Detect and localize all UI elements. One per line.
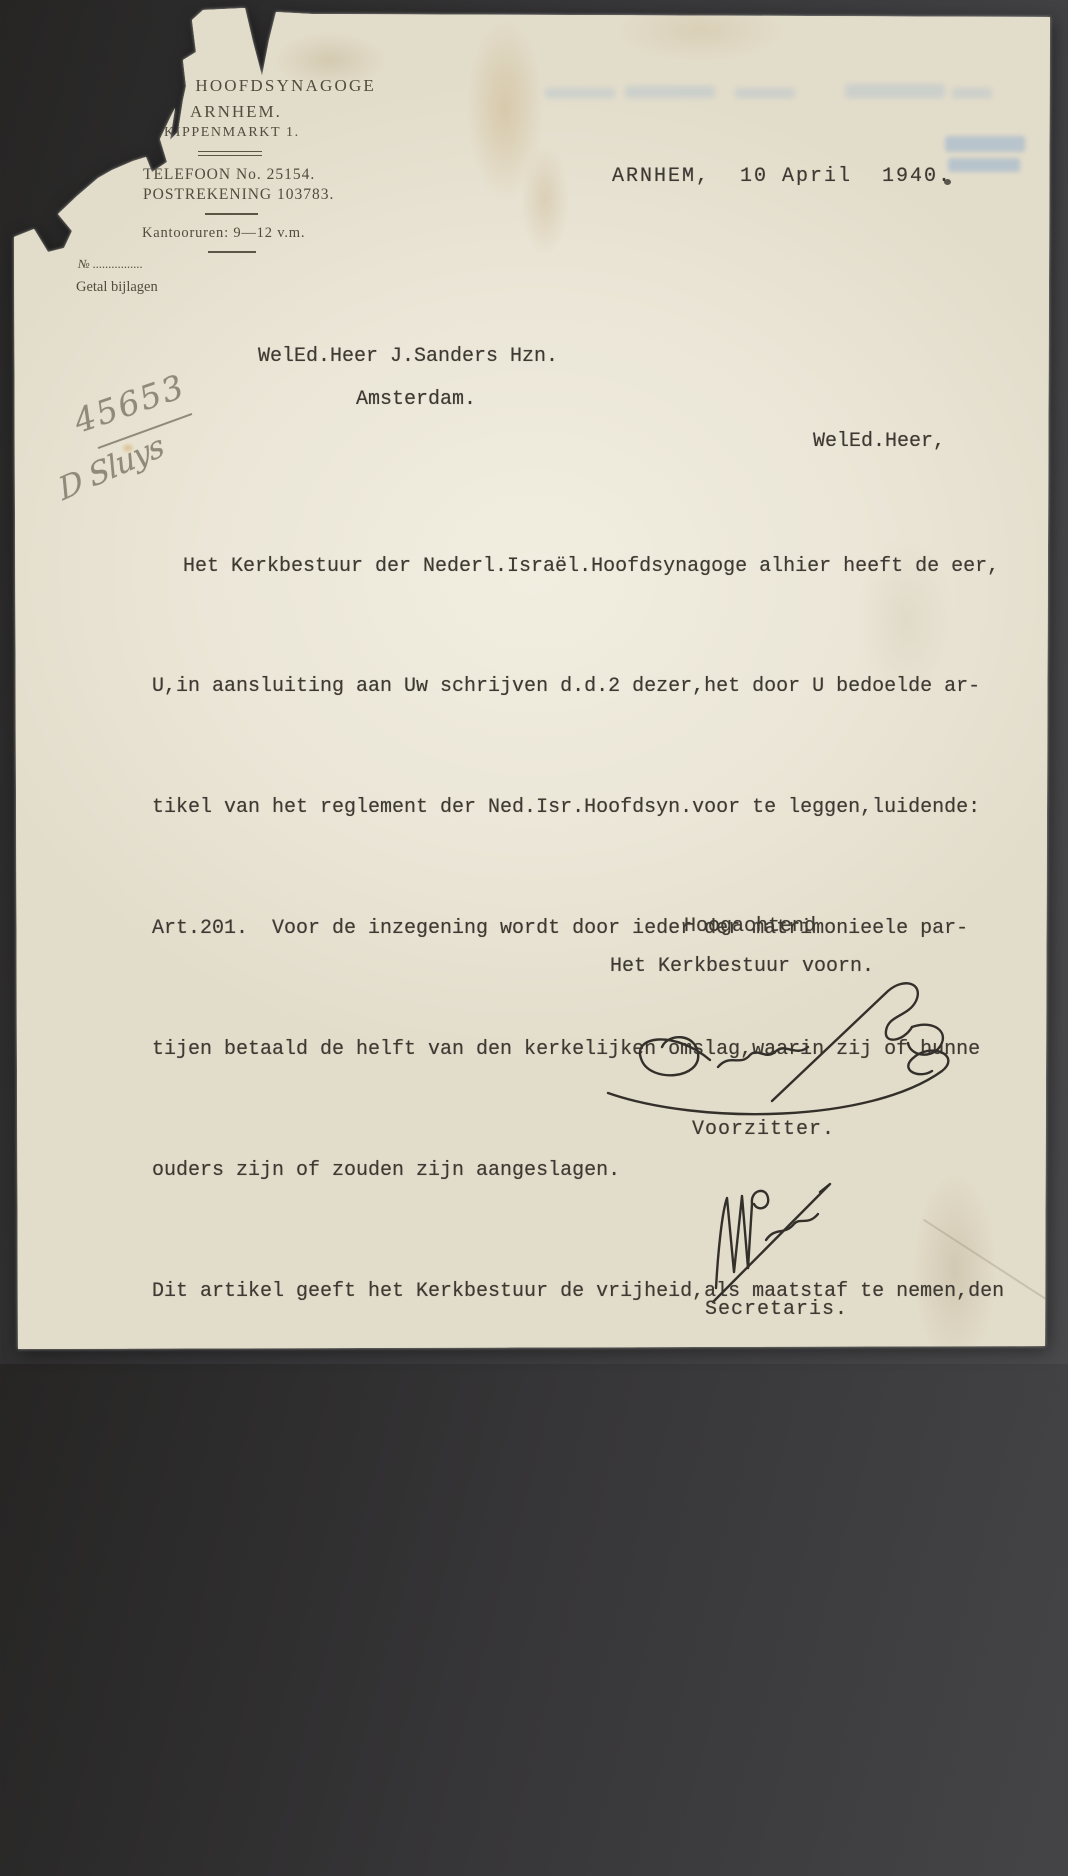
secretary-signature: [690, 1172, 850, 1312]
letterhead-divider-double: [198, 151, 262, 156]
letterhead-office-hours: Kantooruren: 9—12 v.m.: [142, 225, 305, 242]
chairman-signature: [590, 975, 960, 1110]
letter-body: Het Kerkbestuur der Nederl.Israël.Hoofds…: [152, 466, 1032, 1364]
body-line: Art.201. Voor de inzegening wordt door i…: [152, 909, 1032, 949]
recipient-city: Amsterdam.: [356, 388, 476, 411]
letterhead-city: ARNHEM.: [190, 102, 282, 122]
body-line: ouders zijn of zouden zijn aangeslagen.: [152, 1151, 1032, 1191]
body-line: Dit artikel geeft het Kerkbestuur de vri…: [152, 1272, 1032, 1312]
reference-number-line: № ................: [78, 257, 143, 272]
dateline-year: 1940.: [882, 165, 952, 188]
ink-bleed: [735, 88, 795, 98]
ink-bleed: [625, 86, 715, 98]
closing-chairman-title: Voorzitter.: [692, 1118, 835, 1141]
stamp-bleed: [945, 136, 1025, 152]
dateline-day-month: 10 April: [740, 165, 852, 188]
scan-backdrop: . HOOFDSYNAGOGE ARNHEM. KIPPENMARKT 1. T…: [0, 0, 1068, 1364]
letter-paper-wrap: . HOOFDSYNAGOGE ARNHEM. KIPPENMARKT 1. T…: [0, 0, 1068, 1364]
recipient-name: WelEd.Heer J.Sanders Hzn.: [258, 345, 558, 368]
letterhead-street: KIPPENMARKT 1.: [164, 125, 300, 141]
closing-regards: Hoogachtend: [684, 915, 816, 938]
letterhead-organization: . HOOFDSYNAGOGE: [176, 76, 376, 96]
body-line: U,in aansluiting aan Uw schrijven d.d.2 …: [152, 667, 1032, 707]
body-line: tikel van het reglement der Ned.Isr.Hoof…: [152, 788, 1032, 828]
enclosures-label: Getal bijlagen: [76, 279, 158, 296]
closing-secretary-title: Secretaris.: [705, 1298, 848, 1321]
ink-bleed: [545, 88, 615, 98]
dateline: ARNHEM, 10 April 1940.: [612, 165, 952, 188]
pencil-archive-number: 45653: [69, 366, 190, 440]
letterhead-divider-2: [208, 251, 256, 253]
letterhead-divider: [205, 213, 258, 215]
pencil-name-signature: D Sluys: [55, 428, 168, 509]
salutation: WelEd.Heer,: [813, 430, 945, 453]
letterhead-giro: POSTREKENING 103783.: [143, 186, 334, 204]
letter-paper: . HOOFDSYNAGOGE ARNHEM. KIPPENMARKT 1. T…: [0, 0, 1068, 1364]
ink-spot: [944, 179, 951, 185]
body-line: Het Kerkbestuur der Nederl.Israël.Hoofds…: [152, 547, 1032, 587]
letterhead-telephone: TELEFOON No. 25154.: [143, 166, 315, 184]
ink-bleed: [845, 84, 945, 98]
stamp-bleed: [948, 158, 1020, 172]
dateline-city: ARNHEM,: [612, 165, 710, 188]
ink-bleed: [952, 88, 992, 98]
